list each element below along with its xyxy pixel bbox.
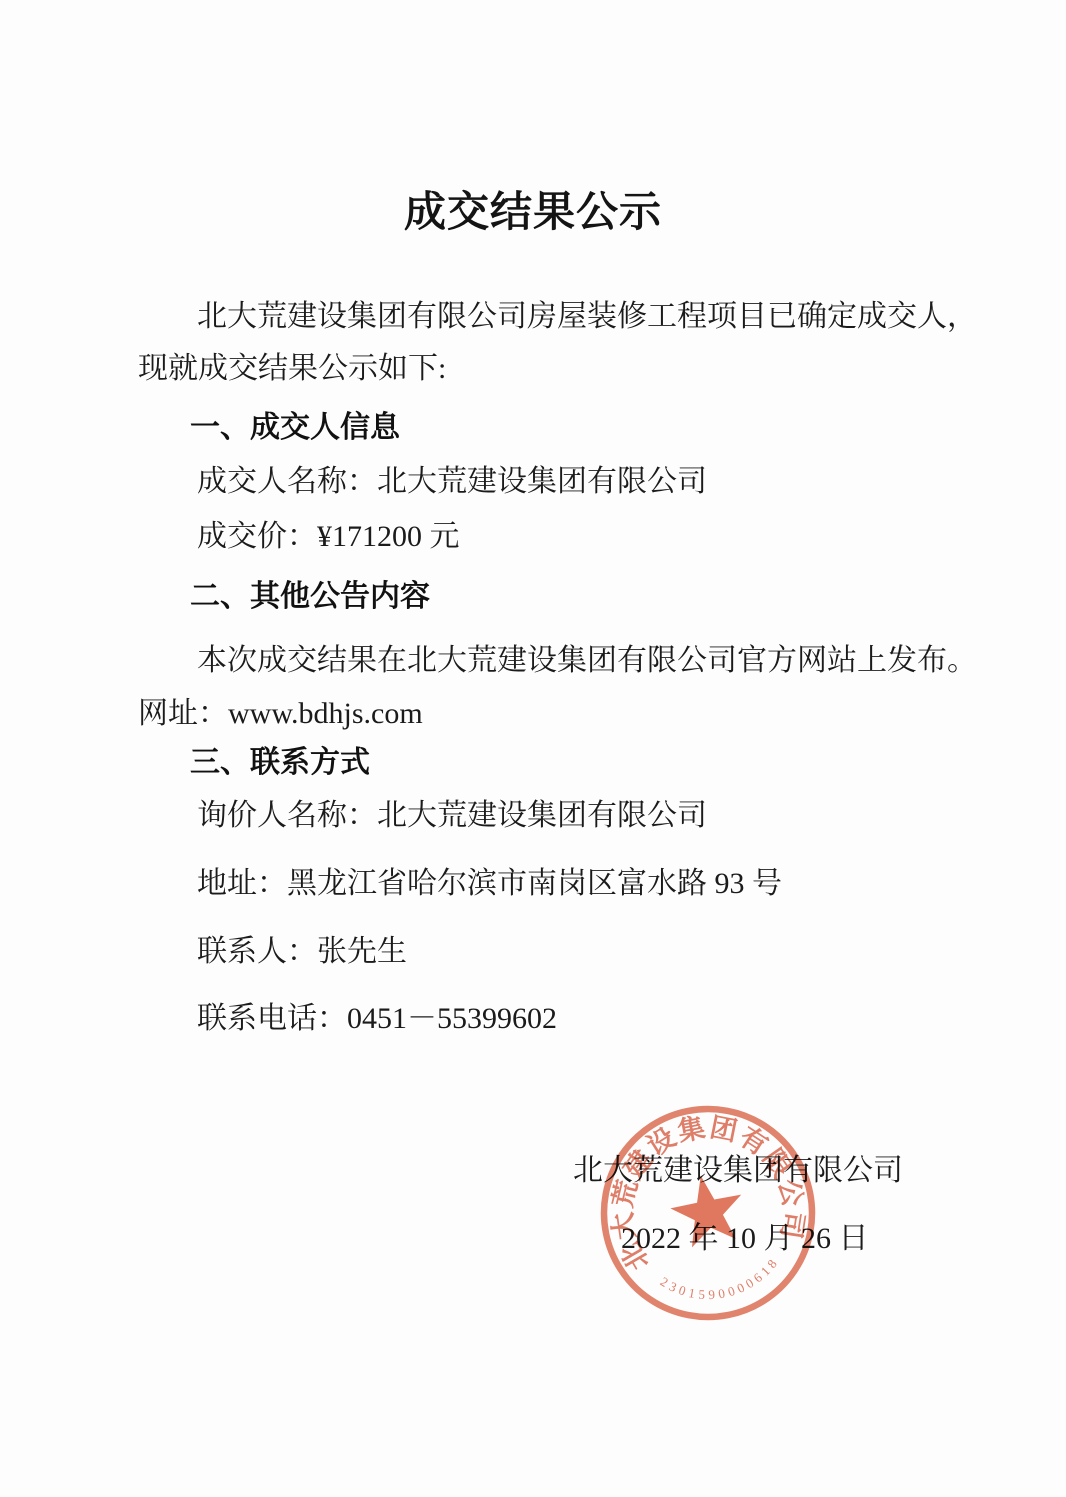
signature-company: 北大荒建设集团有限公司 — [573, 1154, 903, 1188]
section1-heading: 一、成交人信息 — [190, 411, 400, 445]
address-line: 地址：黑龙江省哈尔滨市南岗区富水路 93 号 — [197, 867, 782, 901]
announcement-line: 本次成交结果在北大荒建设集团有限公司官方网站上发布。 — [197, 644, 977, 678]
price-line: 成交价：¥171200 元 — [197, 520, 460, 554]
signature-date: 2022 年 10 月 26 日 — [621, 1222, 869, 1256]
winner-name-line: 成交人名称：北大荒建设集团有限公司 — [197, 465, 707, 499]
company-seal-stamp: 北大荒建设集团有限公司 2301590000618 — [576, 1081, 840, 1345]
contact-person-line: 联系人：张先生 — [197, 935, 407, 969]
section2-heading: 二、其他公告内容 — [190, 580, 430, 614]
section3-heading: 三、联系方式 — [190, 746, 370, 780]
website-line: 网址：www.bdhjs.com — [138, 697, 423, 731]
page-title: 成交结果公示 — [0, 179, 1066, 239]
intro-line-1: 北大荒建设集团有限公司房屋装修工程项目已确定成交人， — [197, 300, 977, 334]
inquirer-line: 询价人名称：北大荒建设集团有限公司 — [197, 799, 707, 833]
announcement-document: 成交结果公示 北大荒建设集团有限公司房屋装修工程项目已确定成交人， 现就成交结果… — [0, 0, 1066, 1497]
seal-ring — [586, 1091, 830, 1335]
svg-text:2301590000618: 2301590000618 — [656, 1251, 788, 1312]
intro-line-2: 现就成交结果公示如下: — [138, 352, 446, 386]
phone-line: 联系电话：0451－55399602 — [197, 1002, 557, 1036]
seal-serial-number: 2301590000618 — [656, 1251, 788, 1312]
